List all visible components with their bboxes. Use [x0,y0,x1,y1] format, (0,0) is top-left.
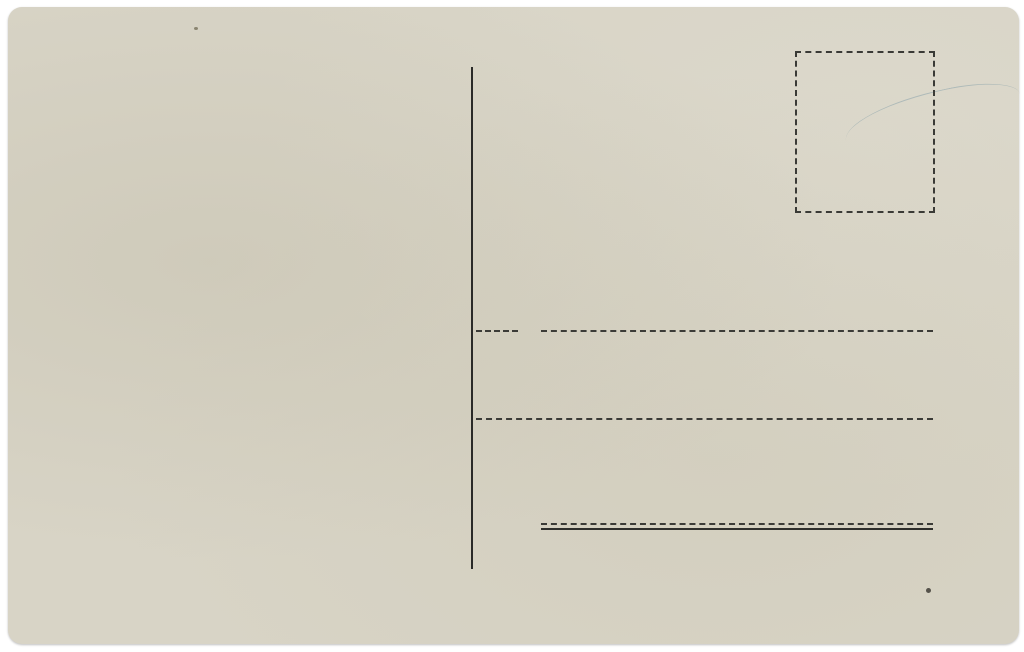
postcard-back [8,7,1019,644]
address-line-prefix [476,330,518,332]
address-line-3-dashed [541,523,933,525]
paper-speck [926,588,931,593]
paper-speck [194,27,198,30]
address-line-2 [476,418,933,420]
message-address-divider [471,67,473,569]
stamp-box [795,51,935,213]
address-line-3-solid [541,528,933,530]
address-line-1 [541,330,933,332]
